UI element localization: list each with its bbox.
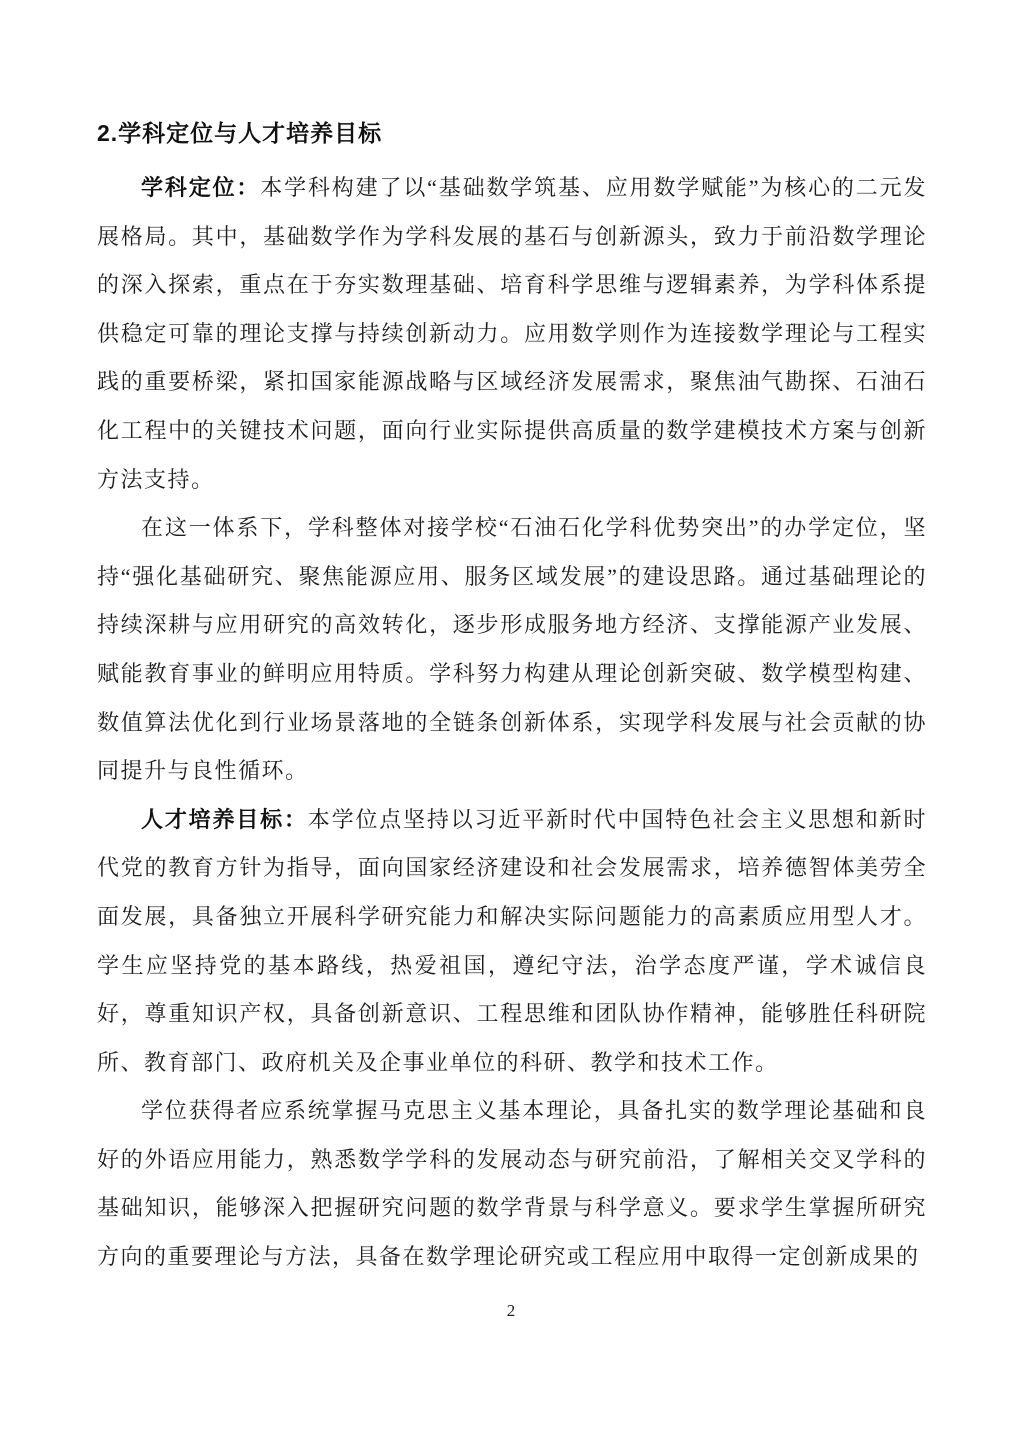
paragraph: 学位获得者应系统掌握马克思主义基本理论，具备扎实的数学理论基础和良好的外语应用能… (97, 1087, 927, 1281)
paragraph-text: 学位获得者应系统掌握马克思主义基本理论，具备扎实的数学理论基础和良好的外语应用能… (97, 1098, 927, 1269)
paragraph-lead: 学科定位： (141, 175, 260, 200)
page-number: 2 (0, 1301, 1022, 1321)
document-content: 2.学科定位与人才培养目标 学科定位：本学科构建了以“基础数学筑基、应用数学赋能… (97, 116, 927, 1282)
paragraph-lead: 人才培养目标： (141, 807, 308, 832)
paragraph: 学科定位：本学科构建了以“基础数学筑基、应用数学赋能”为核心的二元发展格局。其中… (97, 164, 927, 504)
document-page: 2.学科定位与人才培养目标 学科定位：本学科构建了以“基础数学筑基、应用数学赋能… (0, 0, 1022, 1433)
paragraph: 人才培养目标：本学位点坚持以习近平新时代中国特色社会主义思想和新时代党的教育方针… (97, 796, 927, 1088)
section-heading: 2.学科定位与人才培养目标 (97, 116, 927, 150)
paragraph: 在这一体系下，学科整体对接学校“石油石化学科优势突出”的办学定位，坚持“强化基础… (97, 504, 927, 796)
paragraph-text: 本学科构建了以“基础数学筑基、应用数学赋能”为核心的二元发展格局。其中，基础数学… (97, 175, 927, 492)
paragraph-text: 在这一体系下，学科整体对接学校“石油石化学科优势突出”的办学定位，坚持“强化基础… (97, 515, 927, 783)
paragraph-text: 本学位点坚持以习近平新时代中国特色社会主义思想和新时代党的教育方针为指导，面向国… (97, 807, 927, 1075)
